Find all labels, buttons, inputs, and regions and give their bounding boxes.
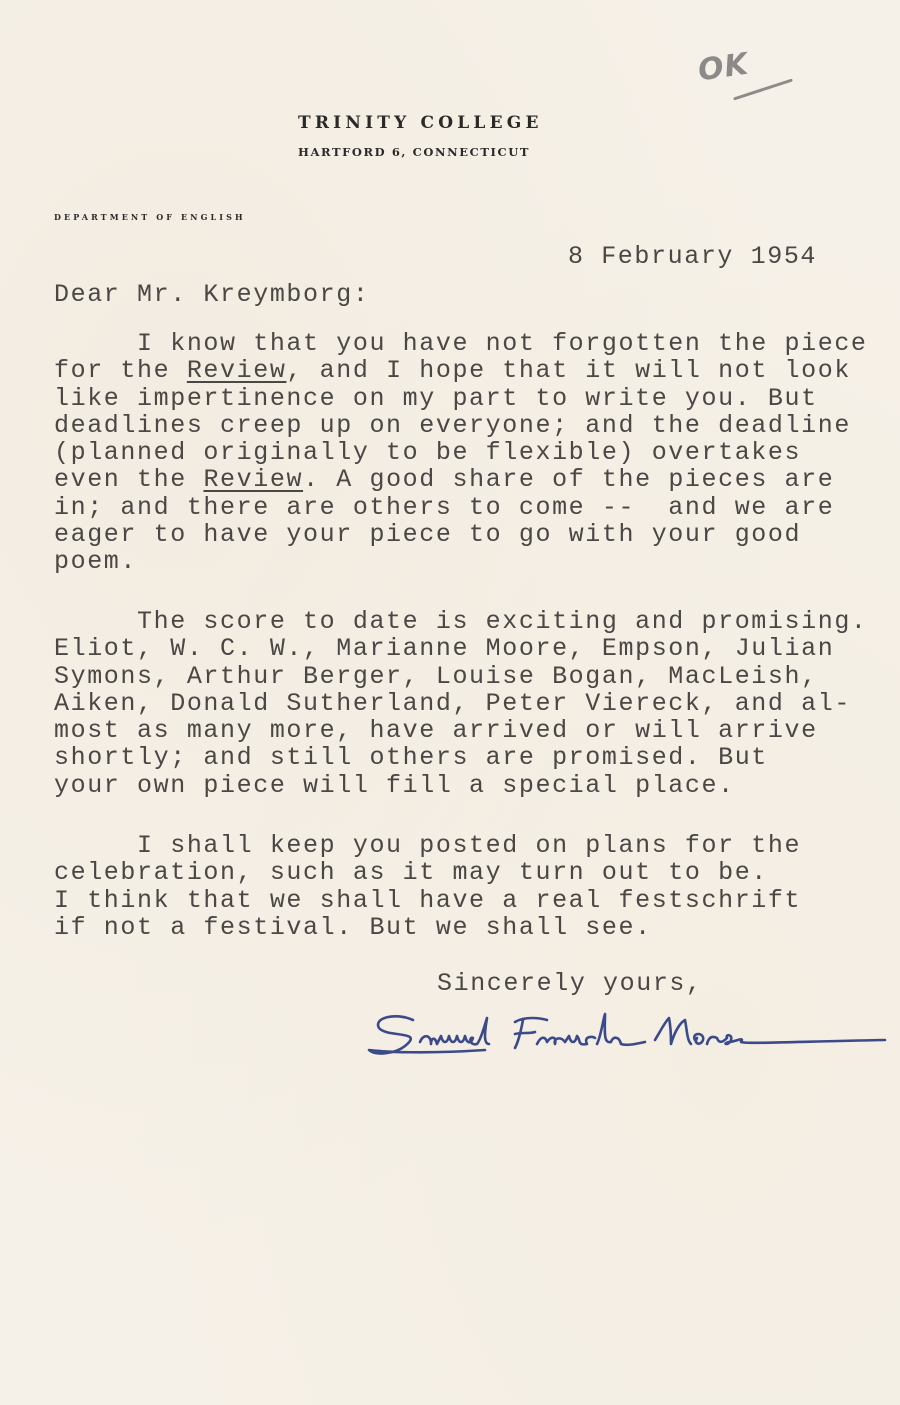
typed-line: most as many more, have arrived or will … xyxy=(54,717,868,744)
typed-line: if not a festival. But we shall see. xyxy=(54,914,801,941)
typed-line: Eliot, W. C. W., Marianne Moore, Empson,… xyxy=(54,635,868,662)
typed-line: even the Review. A good share of the pie… xyxy=(54,466,868,493)
typed-line: Symons, Arthur Berger, Louise Bogan, Mac… xyxy=(54,663,868,690)
paragraph-2: The score to date is exciting and promis… xyxy=(54,608,868,799)
typed-line: The score to date is exciting and promis… xyxy=(54,608,868,635)
typed-line: your own piece will fill a special place… xyxy=(54,772,868,799)
letter-paper: OK TRINITY COLLEGE HARTFORD 6, CONNECTIC… xyxy=(0,0,900,1405)
typed-line: I think that we shall have a real festsc… xyxy=(54,887,801,914)
letterhead-address: HARTFORD 6, CONNECTICUT xyxy=(298,145,530,159)
typed-line: deadlines creep up on everyone; and the … xyxy=(54,412,868,439)
letter-date: 8 February 1954 xyxy=(568,243,817,270)
paragraph-3: I shall keep you posted on plans for the… xyxy=(54,832,801,941)
letter-closing: Sincerely yours, xyxy=(437,970,703,997)
handwritten-signature xyxy=(365,1000,895,1070)
typed-line: shortly; and still others are promised. … xyxy=(54,744,868,771)
underlined-title: Review xyxy=(203,465,303,494)
typed-line: celebration, such as it may turn out to … xyxy=(54,859,801,886)
typed-line: I shall keep you posted on plans for the xyxy=(54,832,801,859)
typed-line: I know that you have not forgotten the p… xyxy=(54,330,868,357)
typed-line: like impertinence on my part to write yo… xyxy=(54,385,868,412)
typed-line: eager to have your piece to go with your… xyxy=(54,521,868,548)
underlined-title: Review xyxy=(187,356,287,385)
typed-line: poem. xyxy=(54,548,868,575)
letterhead-department: DEPARTMENT OF ENGLISH xyxy=(54,212,246,222)
typed-line: for the Review, and I hope that it will … xyxy=(54,357,868,384)
letter-salutation: Dear Mr. Kreymborg: xyxy=(54,281,369,308)
typed-line: (planned originally to be flexible) over… xyxy=(54,439,868,466)
typed-line: in; and there are others to come -- and … xyxy=(54,494,868,521)
typed-line: Aiken, Donald Sutherland, Peter Viereck,… xyxy=(54,690,868,717)
pencil-ok-annotation: OK xyxy=(696,47,751,89)
letterhead-institution: TRINITY COLLEGE xyxy=(298,113,543,133)
paragraph-1: I know that you have not forgotten the p… xyxy=(54,330,868,576)
